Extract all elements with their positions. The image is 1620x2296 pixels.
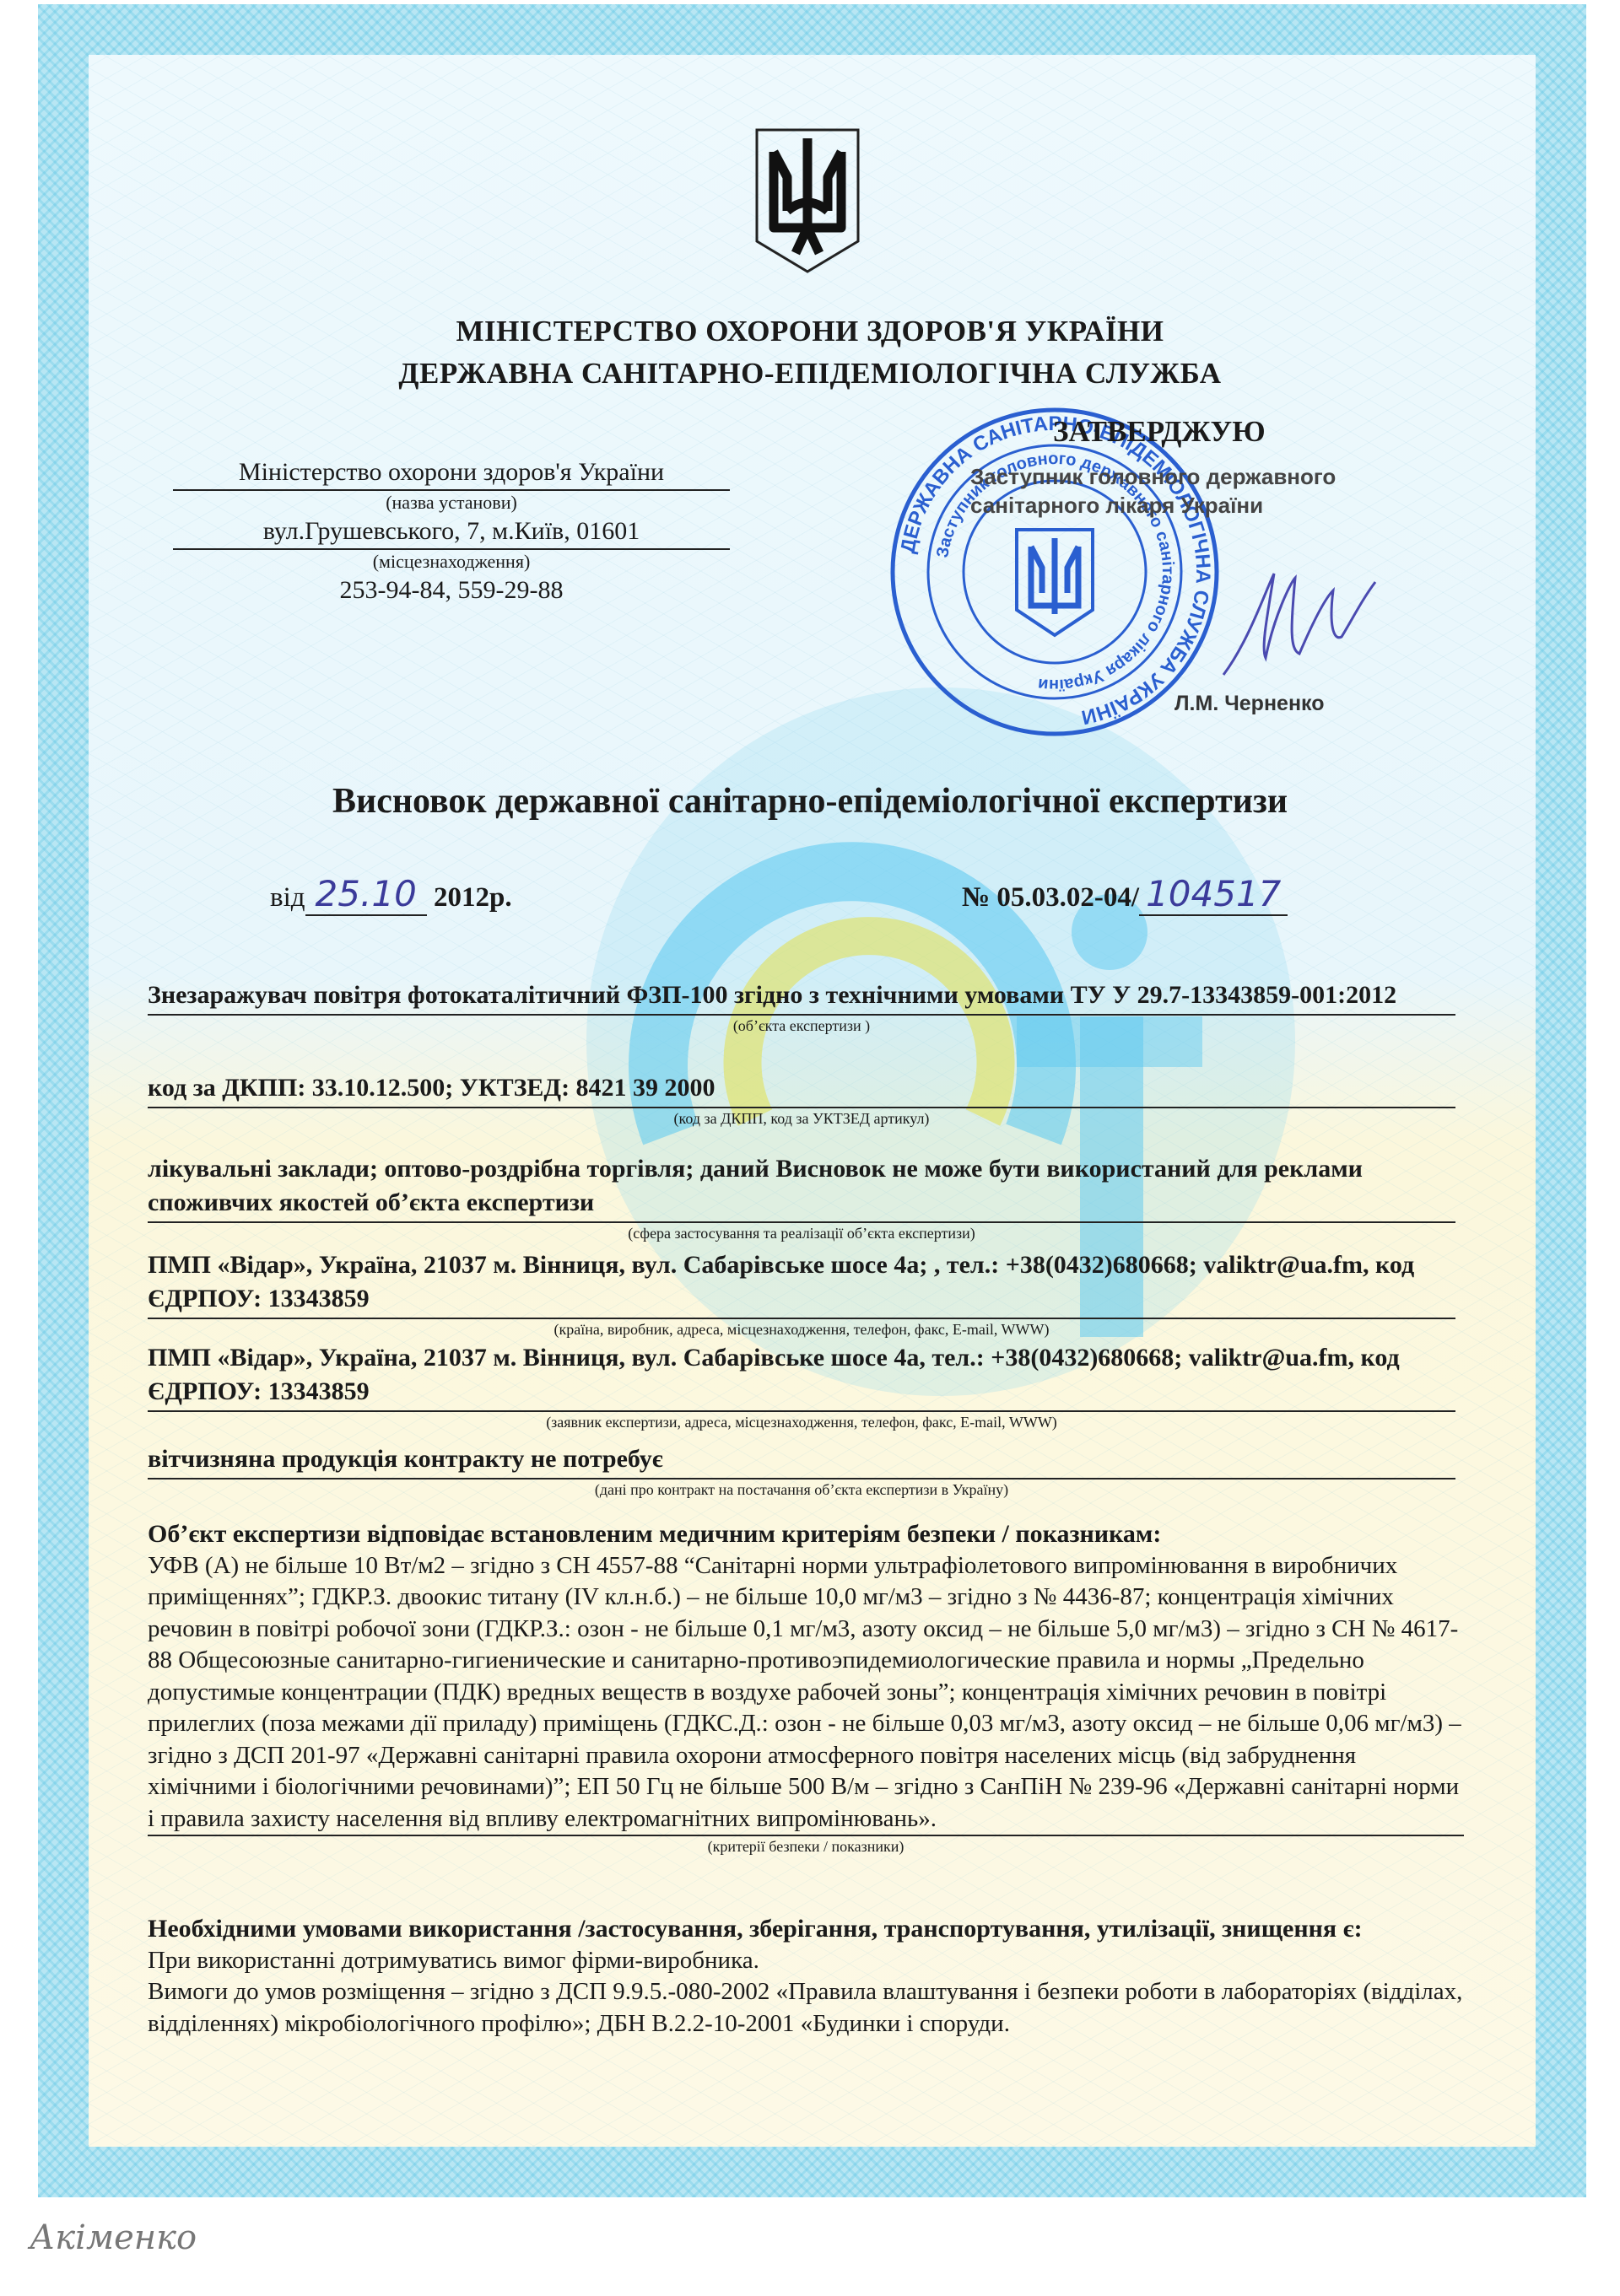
header-line-1: МІНІСТЕРСТВО ОХОРОНИ ЗДОРОВ'Я УКРАЇНИ [0,310,1620,353]
conditions-section: Необхідними умовами використання /застос… [148,1913,1464,2040]
conditions-line-2: Вимоги до умов розміщення – згідно з ДСП… [148,1976,1464,2040]
number-prefix: № 05.03.02-04/ [962,882,1139,913]
institution-phones: 253-94-84, 559-29-88 [173,574,730,607]
criteria-text: УФВ (А) не більше 10 Вт/м2 – згідно з СН… [148,1550,1464,1837]
approver-name: Л.М. Черненко [1174,692,1325,716]
document-date: від25.10 2012р. [270,873,512,914]
field-value: вітчизняна продукція контракту не потреб… [148,1442,1455,1479]
approval-label: ЗАТВЕРДЖУЮ [1053,415,1266,449]
footer-signature: Акіменко [30,2218,197,2257]
field-caption: (код за ДКПП, код за УКТЗЕД артикул) [148,1108,1455,1129]
document-number: № 05.03.02-04/104517 [962,873,1288,914]
institution-block: Міністерство охорони здоров'я України (н… [173,455,730,607]
official-stamp-icon: ДЕРЖАВНА САНІТАРНО-ЕПІДЕМІОЛОГІЧНА СЛУЖБ… [886,403,1223,741]
institution-address: вул.Грушевського, 7, м.Київ, 01601 [173,515,730,550]
field-value: ПМП «Відар», Україна, 21037 м. Вінниця, … [148,1248,1455,1319]
header-line-2: ДЕРЖАВНА САНІТАРНО-ЕПІДЕМІОЛОГІЧНА СЛУЖБ… [0,353,1620,395]
approver-signature-icon [1215,557,1384,683]
ministry-header: МІНІСТЕРСТВО ОХОРОНИ ЗДОРОВ'Я УКРАЇНИ ДЕ… [0,310,1620,395]
field-caption: (дані про контракт на постачання об’єкта… [148,1479,1455,1500]
date-prefix: від [270,882,305,913]
field-caption: (об’єкта експертизи ) [148,1016,1455,1036]
conditions-heading: Необхідними умовами використання /застос… [148,1913,1464,1945]
field-caption: (країна, виробник, адреса, місцезнаходже… [148,1319,1455,1339]
field-applicant: ПМП «Відар», Україна, 21037 м. Вінниця, … [148,1341,1455,1432]
field-scope: лікувальні заклади; оптово-роздрібна тор… [148,1152,1455,1243]
field-value: код за ДКПП: 33.10.12.500; УКТЗЕД: 8421 … [148,1071,1455,1108]
institution-name-caption: (назва установи) [173,491,730,515]
field-value: ПМП «Відар», Україна, 21037 м. Вінниця, … [148,1341,1455,1412]
criteria-caption: (критерії безпеки / показники) [148,1836,1464,1857]
criteria-section: Об’єкт експертизи відповідає встановлени… [148,1518,1464,1857]
field-value: Знезаражувач повітря фотокаталітичний ФЗ… [148,978,1455,1016]
document-title: Висновок державної санітарно-епідеміолог… [0,781,1620,822]
field-manufacturer: ПМП «Відар», Україна, 21037 м. Вінниця, … [148,1248,1455,1339]
field-caption: (заявник експертизи, адреса, місцезнаход… [148,1412,1455,1432]
date-handwritten: 25.10 [305,873,427,916]
field-caption: (сфера застосування та реалізації об’єкт… [148,1223,1455,1243]
date-year: 2012р. [434,882,512,913]
approver-position-line-1: Заступник головного державного [970,462,1336,491]
approver-position: Заступник головного державного санітарно… [970,462,1336,520]
coat-of-arms-icon [753,127,861,275]
number-handwritten: 104517 [1139,873,1288,916]
field-codes: код за ДКПП: 33.10.12.500; УКТЗЕД: 8421 … [148,1071,1455,1129]
approver-position-line-2: санітарного лікаря України [970,491,1336,520]
field-contract: вітчизняна продукція контракту не потреб… [148,1442,1455,1500]
criteria-heading: Об’єкт експертизи відповідає встановлени… [148,1518,1464,1550]
field-value: лікувальні заклади; оптово-роздрібна тор… [148,1152,1455,1223]
conditions-line-1: При використанні дотримуватись вимог фір… [148,1945,1464,1977]
field-expertise-object: Знезаражувач повітря фотокаталітичний ФЗ… [148,978,1455,1036]
institution-name: Міністерство охорони здоров'я України [173,455,730,491]
institution-address-caption: (місцезнаходження) [173,550,730,574]
